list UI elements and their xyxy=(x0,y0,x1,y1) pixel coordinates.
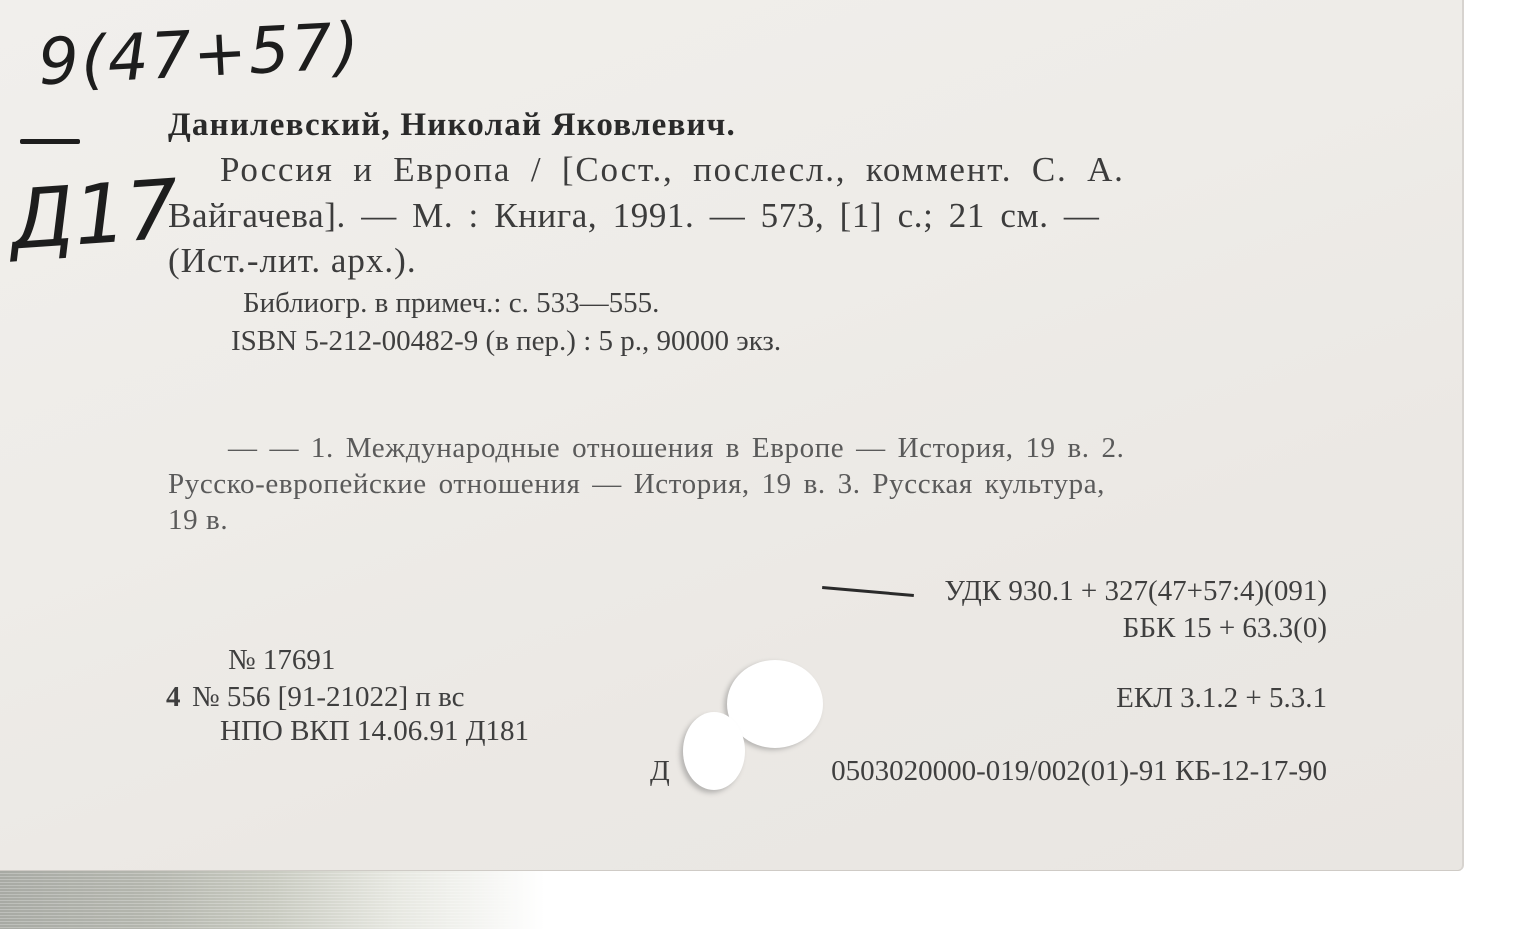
isbn-line: ISBN 5-212-00482-9 (в пер.) : 5 р., 9000… xyxy=(231,325,781,358)
punch-hole-lower xyxy=(683,712,745,790)
title-line-3: (Ист.-лит. арх.). xyxy=(168,241,417,281)
code-line: 0503020000-019/002(01)-91 КБ-12-17-90 xyxy=(831,755,1327,788)
scanner-background-strip xyxy=(0,870,1514,929)
bibliography-note: Библиогр. в примеч.: с. 533—555. xyxy=(243,287,659,320)
bbk-classification: ББК 15 + 63.3(0) xyxy=(1123,612,1327,645)
title-line-1: Россия и Европа / [Сост., послесл., комм… xyxy=(220,150,1125,190)
handwritten-shelf-mark-bottom: Д17 xyxy=(7,162,182,269)
order-line: № 556 [91-21022] п вс xyxy=(192,681,465,714)
card-number: № 17691 xyxy=(228,644,335,677)
subjects-line-1: — — 1. Международные отношения в Европе … xyxy=(228,432,1124,465)
catalog-card: 9(47+57) Д17 Данилевский, Николай Яковле… xyxy=(0,0,1464,871)
publisher-line: НПО ВКП 14.06.91 Д181 xyxy=(220,715,529,748)
ekl-classification: ЕКЛ 3.1.2 + 5.3.1 xyxy=(1116,682,1327,715)
code-prefix: Д xyxy=(650,755,670,788)
subjects-line-3: 19 в. xyxy=(168,504,228,537)
udk-classification: УДК 930.1 + 327(47+57:4)(091) xyxy=(944,575,1327,608)
udk-strikethrough xyxy=(822,586,914,597)
subjects-line-2: Русско-европейские отношения — История, … xyxy=(168,468,1105,501)
handwritten-fraction-bar xyxy=(20,139,80,144)
author-heading: Данилевский, Николай Яковлевич. xyxy=(168,107,736,144)
handwritten-shelf-mark-top: 9(47+57) xyxy=(36,10,363,101)
order-line-prefix: 4 xyxy=(166,681,181,714)
title-line-2: Вайгачева]. — М. : Книга, 1991. — 573, [… xyxy=(168,196,1100,236)
